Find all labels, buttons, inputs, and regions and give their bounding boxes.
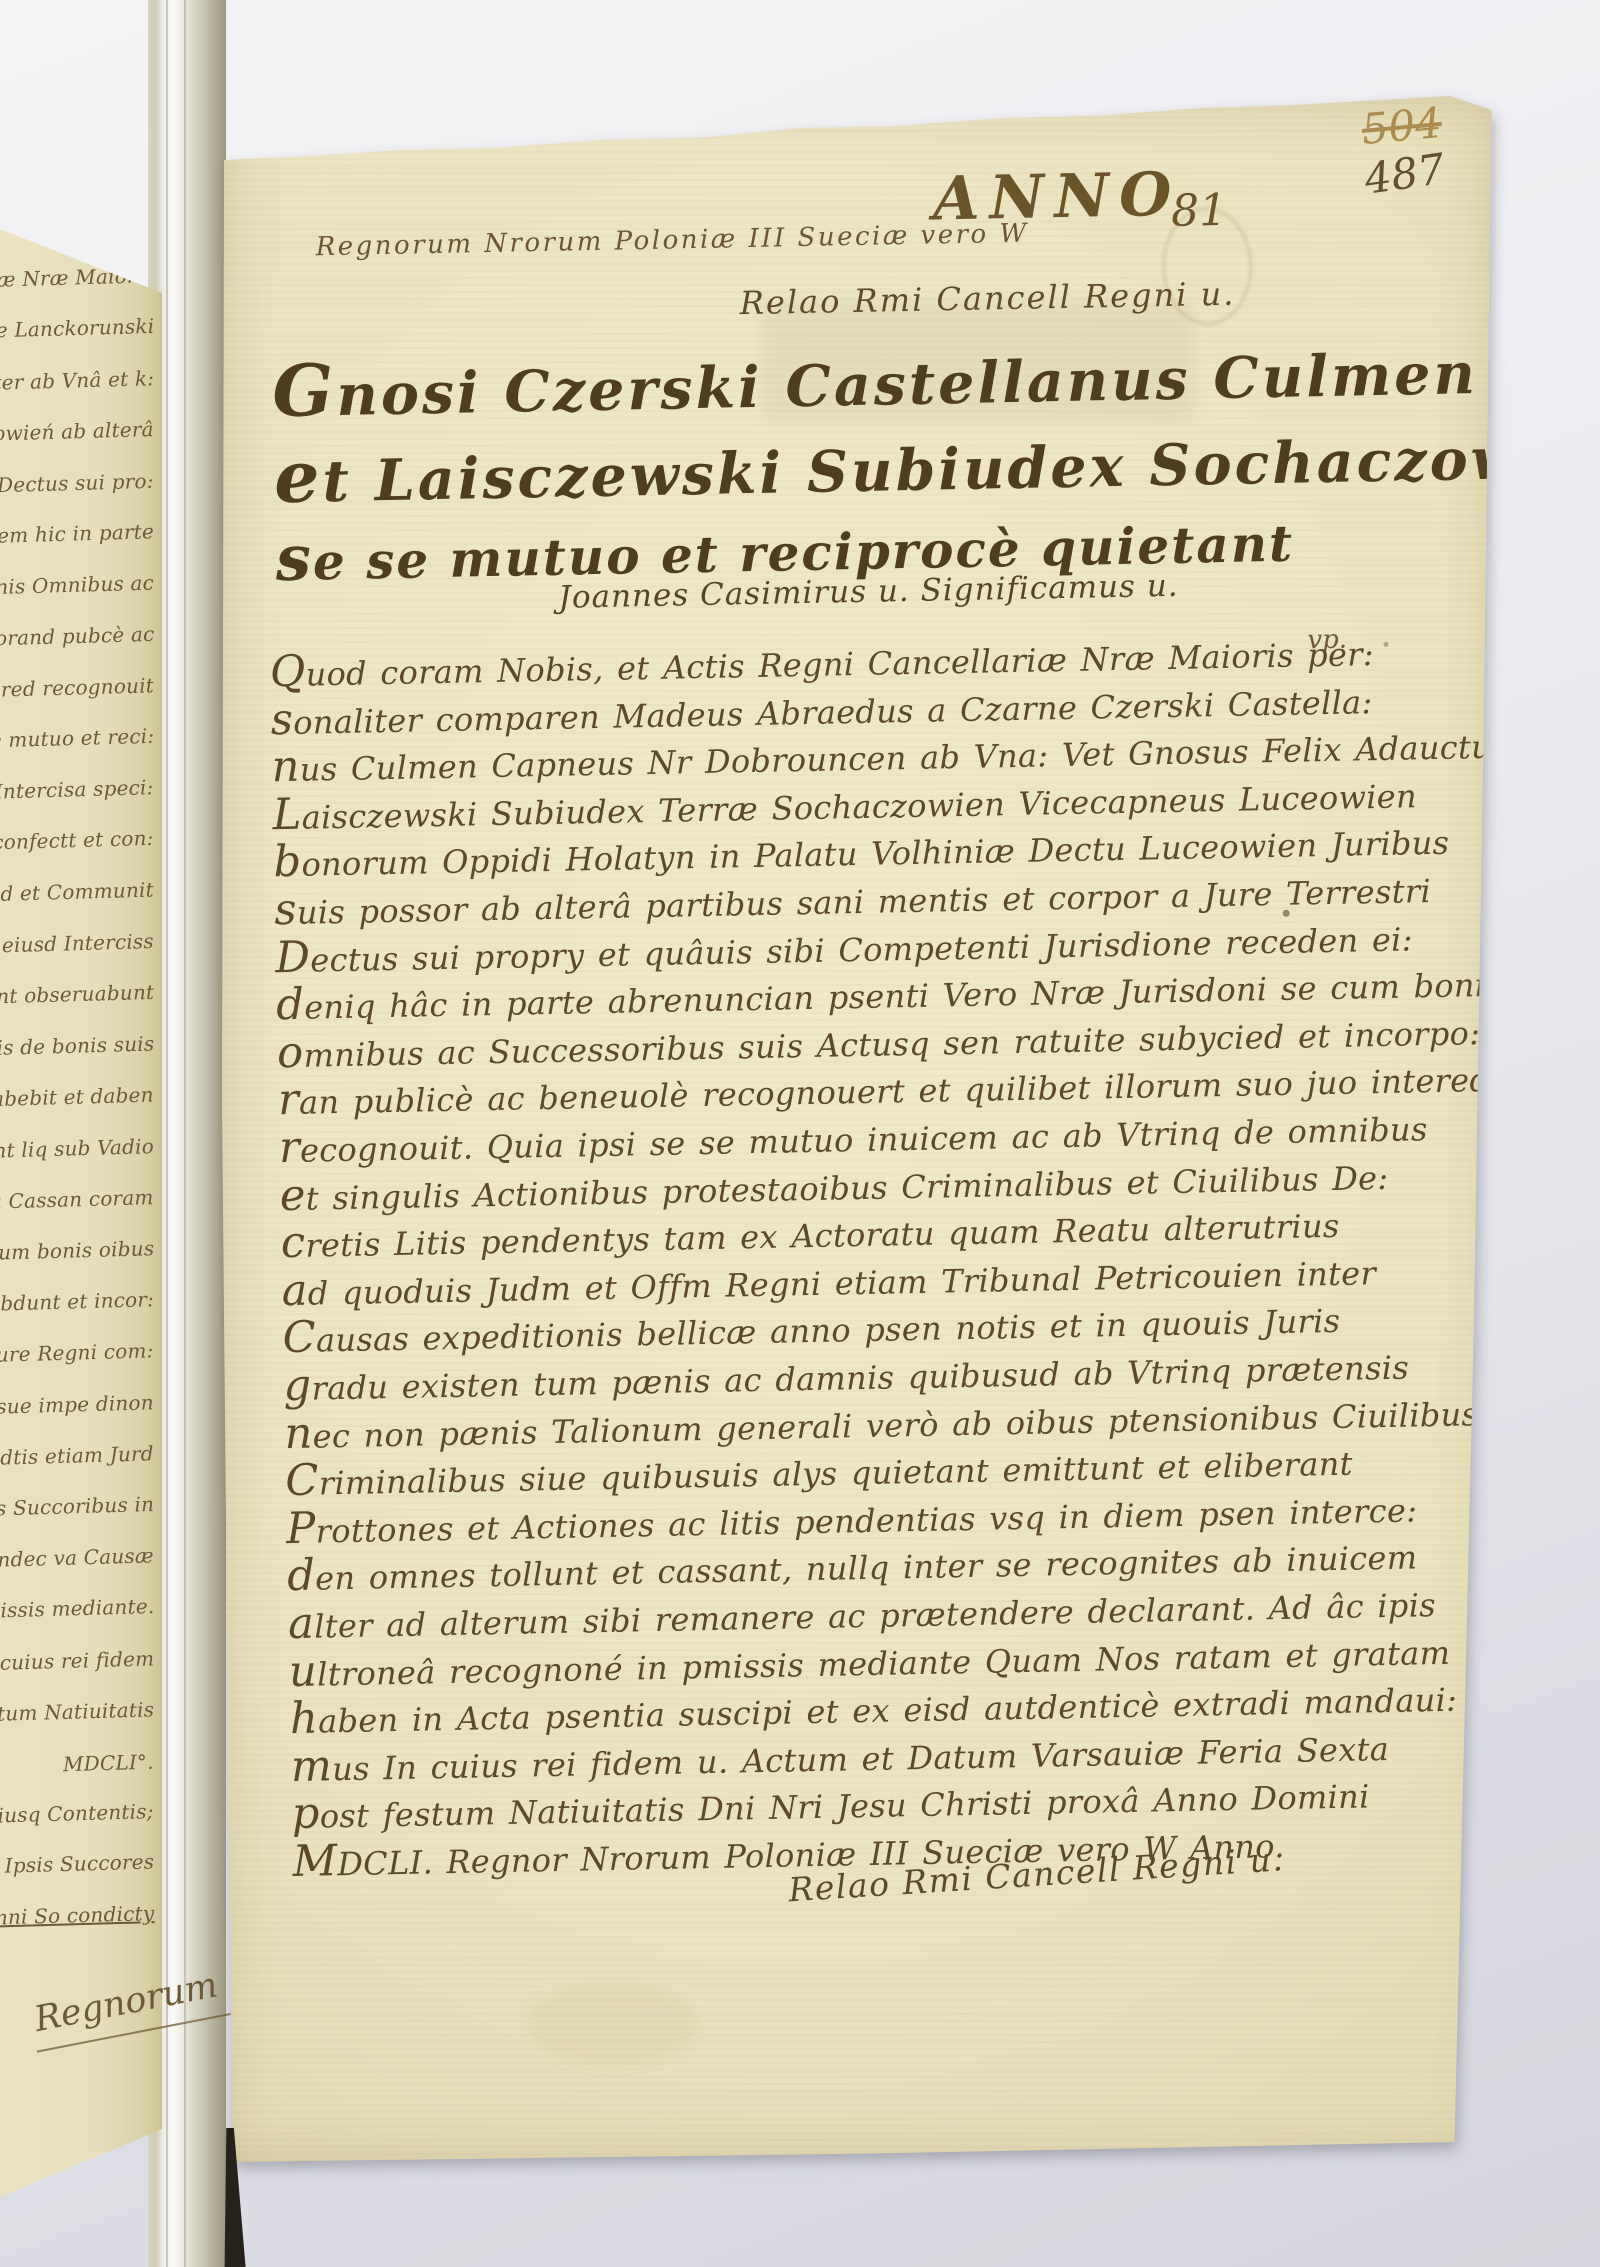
facing-page-line-fragment: Dectus sui pro: [0, 469, 154, 497]
facing-page-line-fragment: m subdunt et incor: [0, 1287, 154, 1317]
manuscript-page-paper: 504 487 Regnorum Nrorum Poloniæ III Suec… [222, 96, 1494, 2162]
facing-page-line-fragment: Brzezie Lanckorunski [0, 314, 154, 344]
facing-page-line-fragment: festum Natiuitatis [0, 1697, 154, 1726]
page-edge-crease [184, 0, 186, 2267]
facing-page-line-fragment: Niegowień ab alterâ [0, 417, 154, 447]
facing-page-line-fragment: enebunt obseruabunt [0, 980, 154, 1010]
facing-page-line-fragment: ead Intercisa speci: [0, 775, 154, 805]
header-relatio-note: Relao Rmi Cancell Regni u. [739, 275, 1235, 323]
ink-speck [1383, 642, 1388, 647]
facing-page-edge: u.llariæ Nræ MaiorisBrzezie Lanckorunski… [0, 205, 162, 2205]
facing-page-line-fragment: tinens ne Ipsis Succores [0, 1850, 154, 1881]
facing-page-line-fragment: In cuius rei fidem [0, 1646, 154, 1675]
facing-page-line-fragment: inter se mutuo et reci: [0, 724, 154, 754]
ink-stain-ring [1161, 206, 1253, 326]
facing-page-line-fragment: is Jure Regni com: [0, 1339, 154, 1368]
manuscript-page-content: 504 487 Regnorum Nrorum Poloniæ III Suec… [222, 96, 1494, 2162]
facing-page-line-fragment: subscrand et Communit [0, 877, 154, 908]
facing-page-line-fragment: oibus eiusd Interciss [0, 929, 154, 959]
facing-page-line-fragment: ribunt liq sub Vadio [0, 1134, 154, 1164]
facing-page-line-fragment: pendtis etiam Jurd [0, 1441, 154, 1470]
page-edge-crease [166, 0, 168, 2267]
facing-page-line-fragment: deoia Cassan coram [0, 1185, 154, 1215]
facing-page-line-fragment: et indec va Causæ [0, 1544, 154, 1573]
header-anno-word: ANNO [932, 160, 1182, 235]
facing-page-line-fragment: libusue impe dinon [0, 1390, 154, 1419]
header-regnal-year-line: Regnorum Nrorum Poloniæ III Sueciæ vero … [315, 219, 1029, 263]
facing-page-line-fragment: et suis Succoribus in [0, 1492, 154, 1522]
facing-page-line-fragment: un cum bonis oibus [0, 1236, 154, 1266]
facing-page-line-fragment: eadem hic in parte [0, 519, 154, 548]
entry-body: Quod coram Nobis, et Actis Regni Cancell… [222, 96, 1473, 108]
facing-page-line-fragment: MDCLI°. [63, 1750, 154, 1777]
facing-page-line-fragment: incorporand pubcè ac [0, 621, 154, 651]
facing-page-line-fragment: mbus confectt et con: [0, 826, 154, 856]
facing-page-line-fragment: oni eiusq Contentis; [0, 1799, 154, 1829]
facing-page-line-fragment: pprio suo omni So condicty [0, 1901, 154, 1933]
entry-title: Gnosi Czerski Castellanus Culmenet Laisc… [222, 96, 1473, 108]
page-number: 487 [1361, 144, 1447, 204]
facing-page-line-fragment: onis Omnibus ac [0, 571, 154, 600]
facing-page-line-fragment: suis de bonis suis [0, 1032, 154, 1061]
manuscript-page: 504 487 Regnorum Nrorum Poloniæ III Suec… [222, 96, 1494, 2162]
facing-page-line-fragment: habebit et daben [0, 1083, 154, 1112]
facing-page-line-fragment: in pmissis mediante. [0, 1594, 154, 1624]
facing-page-line-fragment: llariæ Nræ Maioris [0, 263, 154, 293]
manuscript-photo: u.llariæ Nræ MaiorisBrzezie Lanckorunski… [0, 0, 1600, 2267]
paper-blotch [527, 1979, 699, 2067]
facing-page-line-fragment: Noster ab Vnâ et k: [0, 366, 154, 396]
facing-page-line-fragment: intered recognouit [0, 673, 154, 702]
